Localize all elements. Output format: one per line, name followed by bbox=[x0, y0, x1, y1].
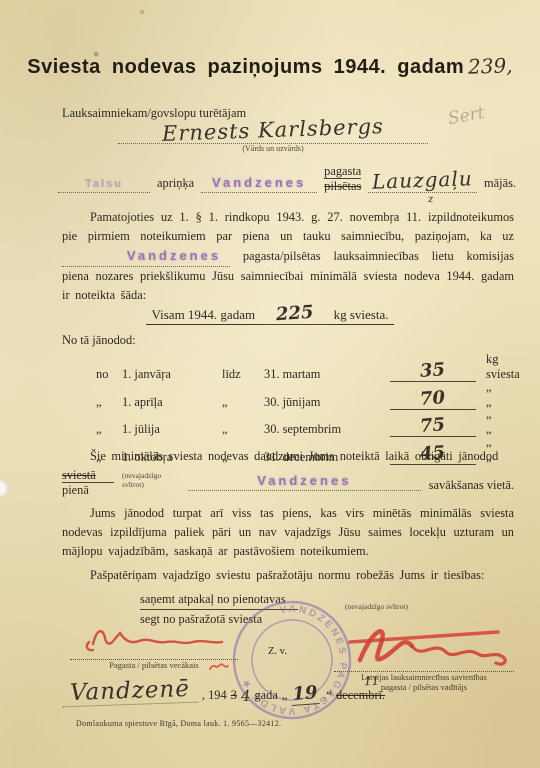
row-from-word: „ bbox=[96, 395, 122, 410]
houses-word: mājās. bbox=[484, 174, 516, 193]
farm-handwritten: Lauzgaļu bbox=[372, 166, 473, 193]
row-from-date: 1. janvāŗa bbox=[122, 367, 222, 382]
signature-left-block: Pagasta / pilsētas vecākais bbox=[70, 620, 238, 670]
intro-paragraph: Pamatojoties uz 1. § 1. rindkopu 1943. g… bbox=[62, 208, 514, 305]
total-prefix: Visam 1944. gadam bbox=[152, 307, 256, 322]
row-unit-a: kg bbox=[486, 352, 516, 367]
breakdown-label: No tā jānodod: bbox=[62, 331, 136, 350]
row-unit: „„ bbox=[486, 407, 516, 437]
scanned-document: Sert Sviesta nodevas paziņojums 1944. ga… bbox=[0, 0, 540, 768]
row-to-date: 30. septembrim bbox=[264, 422, 390, 437]
rights-paragraph: Pašpatēriņam vajadzīgo sviestu pašražotā… bbox=[62, 566, 514, 585]
row-unit-a: „ bbox=[486, 380, 516, 395]
quota-row: no 1. janvāŗa līdz 31. martam 35 kgsvies… bbox=[96, 352, 504, 380]
row-unit: „„ bbox=[486, 380, 516, 410]
row-value-handwritten: 70 bbox=[420, 387, 446, 410]
total-value-handwritten: 225 bbox=[275, 302, 314, 326]
milk-paragraph: Jums jānodod turpat arī viss tas piens, … bbox=[62, 504, 514, 561]
title-row: Sviesta nodevas paziņojums 1944. gadam 2… bbox=[0, 54, 540, 79]
farm-blank: Lauzgaļu z bbox=[368, 168, 477, 193]
strike-note-2: (nevajadzīgo svītrot) bbox=[345, 603, 425, 612]
row-value-blank: 35 bbox=[390, 360, 476, 382]
butter-word-struck: sviestā bbox=[62, 468, 114, 483]
row-to-date: 31. martam bbox=[264, 367, 390, 382]
seal-placeholder: Z. v. bbox=[268, 646, 287, 657]
parish-stamp: Vandzenes bbox=[212, 175, 306, 190]
farm-correction-handwritten: z bbox=[428, 194, 434, 205]
row-from-word: no bbox=[96, 367, 122, 382]
name-handwritten: Ernests Karlsbergs bbox=[162, 114, 385, 146]
left-signature-mark bbox=[208, 660, 230, 672]
row-value-blank: 70 bbox=[390, 388, 476, 410]
intro-parish-stamp: Vandzenes bbox=[99, 246, 221, 265]
breakdown-table: no 1. janvāŗa līdz 31. martam 35 kgsvies… bbox=[96, 352, 504, 462]
row-value-handwritten: 75 bbox=[420, 414, 446, 437]
left-signature-ink bbox=[79, 620, 229, 654]
total-suffix: kg sviesta. bbox=[334, 307, 389, 322]
row-unit-a: „ bbox=[486, 407, 516, 422]
row-from-date: 1. aprīļa bbox=[122, 395, 222, 410]
page-title: Sviesta nodevas paziņojums 1944. gadam bbox=[27, 56, 464, 78]
quota-row: „ 1. jūlija „ 30. septembrim 75 „„ bbox=[96, 407, 504, 435]
row-to-word: „ bbox=[222, 422, 264, 437]
district-stamp: Talsu bbox=[85, 178, 123, 190]
row-from-date: 1. jūlija bbox=[122, 422, 222, 437]
parish-blank: Vandzenes bbox=[201, 174, 317, 193]
parish-word: pagasta bbox=[324, 164, 361, 179]
delivery-choice-line: sviestā pienā (nevajadzīgo svītrot) Vand… bbox=[62, 468, 514, 497]
quota-row: „ 1. aprīļa „ 30. jūnijam 70 „„ bbox=[96, 380, 504, 408]
collection-place-stamp: Vandzenes bbox=[257, 473, 351, 488]
total-blank: 225 bbox=[258, 303, 330, 325]
row-to-date: 30. jūnijam bbox=[264, 395, 390, 410]
row-value-handwritten: 35 bbox=[420, 359, 446, 382]
intro-text-a: Pamatojoties uz 1. § 1. rindkopu 1943. g… bbox=[62, 210, 514, 243]
city-word-struck: pilsētas bbox=[324, 179, 361, 193]
name-block: Ernests Karlsbergs (Vārds un uzvārds) bbox=[118, 118, 428, 153]
place-handwritten: Vandzenē bbox=[62, 676, 199, 708]
gada-word: gada bbox=[254, 686, 277, 705]
row-unit: kgsviesta bbox=[486, 352, 520, 382]
milk-word: pienā bbox=[62, 483, 114, 497]
butter-or-milk: sviestā pienā bbox=[62, 468, 114, 497]
row-to-word: „ bbox=[222, 395, 264, 410]
day-open-quote: „ bbox=[282, 686, 288, 705]
delivery-paragraph: Šie minimālās sviesta nodevas daudzumi J… bbox=[62, 447, 514, 466]
location-line: Talsu apriņķa Vandzenes pagasta pilsētas… bbox=[58, 164, 516, 193]
printer-imprint: Domlaukuma spiestuve Rīgā, Doma lauk. 1.… bbox=[76, 719, 281, 728]
row-value-blank: 75 bbox=[390, 415, 476, 437]
row-from-word: „ bbox=[96, 422, 122, 437]
collection-place-blank: Vandzenes bbox=[188, 472, 421, 491]
year-digit-struck: 3 bbox=[231, 686, 237, 705]
district-word: apriņķa bbox=[157, 174, 194, 193]
month-correction-handwritten: 11 bbox=[364, 674, 380, 689]
day-handwritten: 19 bbox=[291, 682, 320, 706]
month-struck: decembrī. bbox=[336, 688, 385, 702]
district-blank: Talsu bbox=[58, 174, 150, 193]
intro-blank: Vandzenes bbox=[62, 246, 230, 267]
parish-or-city: pagasta pilsētas bbox=[324, 164, 361, 193]
day-close-quote: .“ bbox=[323, 686, 332, 705]
date-line: Vandzenē , 194 3 4 gada „ 19 .“ decembrī… bbox=[62, 678, 514, 705]
doc-number-handwritten: 239, bbox=[468, 53, 513, 79]
year-handwritten: 4 bbox=[241, 687, 251, 705]
collection-place-suffix: savākšanas vietā. bbox=[429, 476, 514, 495]
total-line: Visam 1944. gadam 225 kg sviesta. bbox=[0, 303, 540, 325]
row-to-word: līdz bbox=[222, 367, 264, 382]
right-signature-ink bbox=[338, 620, 510, 666]
year-printed: , 194 bbox=[202, 686, 227, 705]
strike-note: (nevajadzīgo svītrot) bbox=[122, 472, 180, 489]
